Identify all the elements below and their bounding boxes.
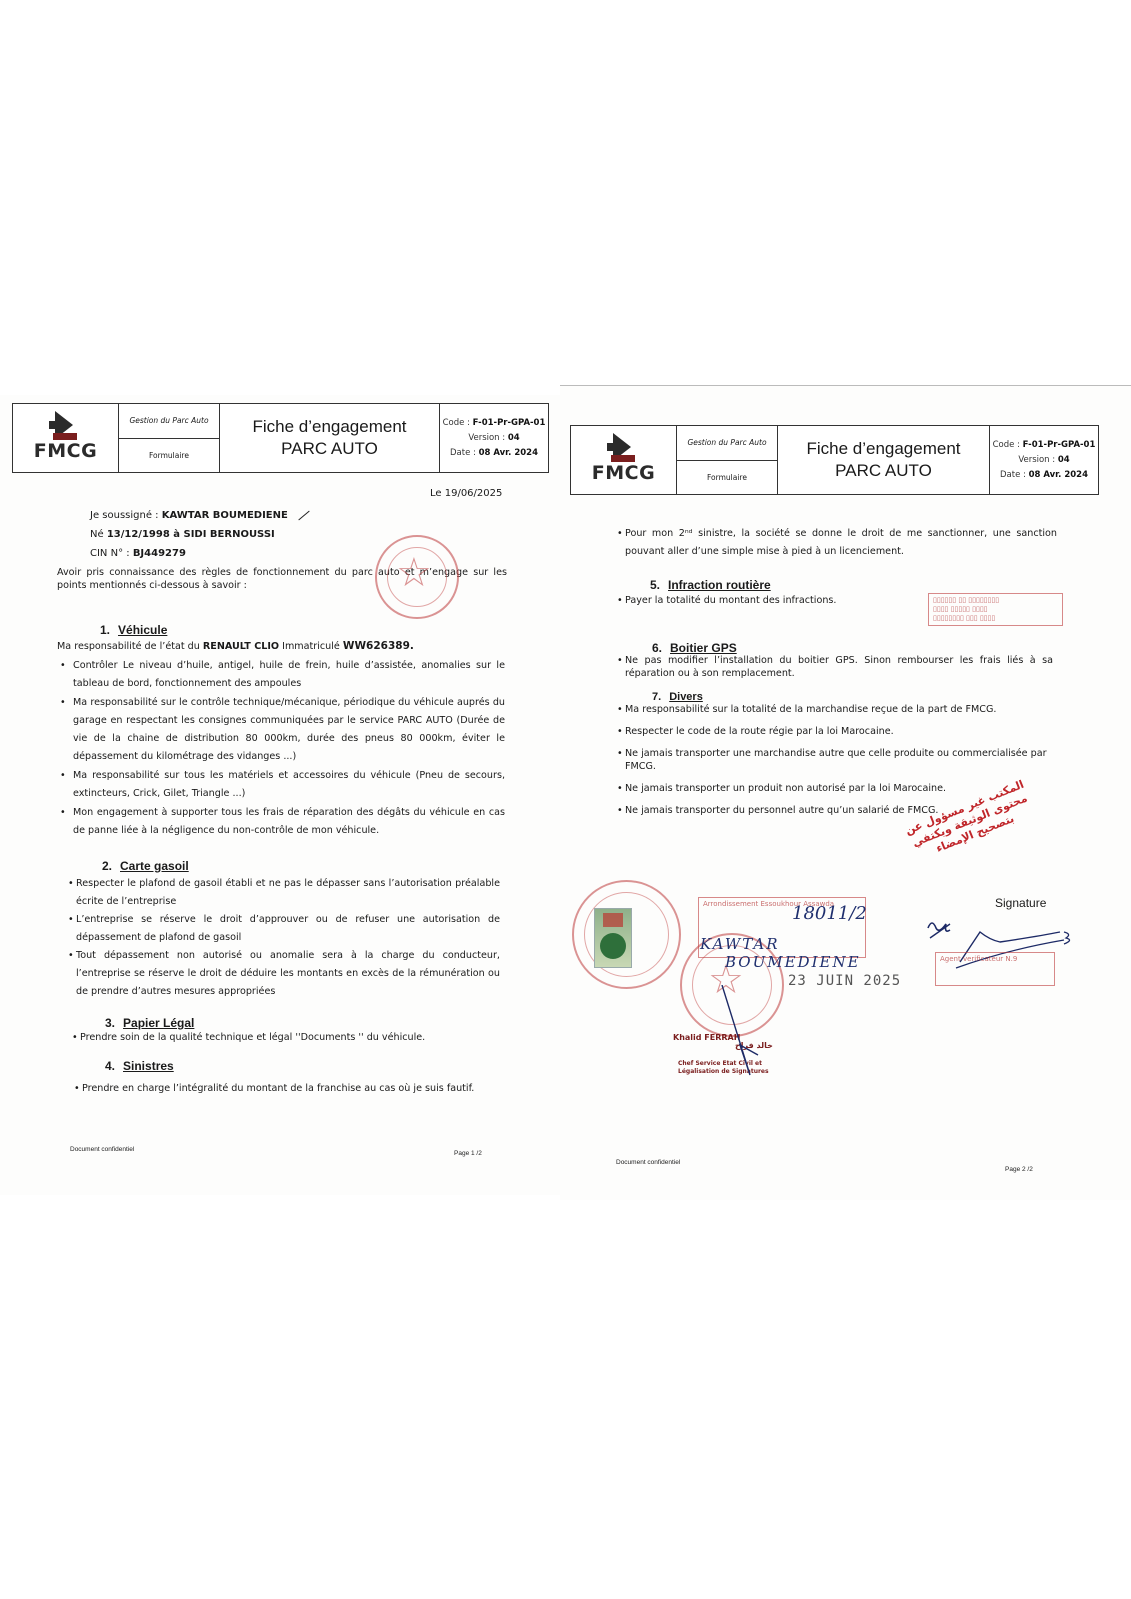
company-logo: FMCG: [571, 426, 677, 494]
vehicle-model: RENAULT CLIO: [203, 641, 279, 652]
logo-text: FMCG: [34, 441, 97, 461]
document-header: FMCG Gestion du Parc Auto Formulaire Fic…: [12, 403, 549, 473]
fiscal-tax-stamp: [594, 908, 632, 968]
legalization-date-stamp: 23 JUIN 2025: [788, 973, 901, 989]
document-title: Fiche d’engagement PARC AUTO: [778, 426, 990, 494]
footer-confidential: Document confidentiel: [616, 1159, 680, 1166]
list-item: Ma responsabilité sur tous les matériels…: [57, 767, 505, 803]
list-item: Contrôler Le niveau d’huile, antigel, hu…: [57, 657, 505, 693]
cin-line: CIN N° : BJ449279: [90, 545, 186, 563]
document-date: Le 19/06/2025: [430, 485, 502, 503]
document-header: FMCG Gestion du Parc Auto Formulaire Fic…: [570, 425, 1099, 495]
handwritten-name-line-1: KAWTAR: [700, 935, 780, 953]
section-1-list: Contrôler Le niveau d’huile, antigel, hu…: [57, 657, 505, 840]
doc-type-label: Formulaire: [677, 461, 777, 495]
version-label: Version :: [468, 433, 508, 443]
code-label: Code :: [443, 418, 473, 428]
code-value: F-01-Pr-GPA-01: [473, 418, 546, 428]
title-line-2: PARC AUTO: [835, 460, 932, 482]
handwritten-name-line-2: BOUMEDIENE: [725, 953, 861, 971]
document-meta: Code : F-01-Pr-GPA-01 Version : 04 Date …: [990, 426, 1098, 494]
birth-label: Né: [90, 529, 107, 540]
list-item: Pour mon 2ⁿᵈ sinistre, la société se don…: [617, 525, 1057, 561]
section-title: Infraction routière: [668, 578, 771, 592]
section-2-list: Respecter le plafond de gasoil établi et…: [68, 875, 500, 1001]
section-2-heading: 2.Carte gasoil: [102, 859, 189, 873]
page-number: Page 2 /2: [1005, 1166, 1033, 1173]
section-number: 3.: [105, 1016, 115, 1030]
list-item: Respecter le code de la route régie par …: [617, 725, 1057, 738]
title-line-2: PARC AUTO: [281, 438, 378, 460]
section-4-list: Prendre en charge l’intégralité du monta…: [74, 1080, 504, 1098]
version-label: Version :: [1018, 455, 1058, 465]
list-item: Ma responsabilité sur le contrôle techni…: [57, 694, 505, 766]
date-value: 08 Avr. 2024: [479, 448, 538, 458]
section-1-heading: 1.Véhicule: [100, 623, 167, 637]
section-title: Véhicule: [118, 623, 167, 637]
continued-list: Pour mon 2ⁿᵈ sinistre, la société se don…: [617, 525, 1057, 561]
section-number: 5.: [650, 578, 660, 592]
title-line-1: Fiche d’engagement: [252, 416, 406, 438]
section-title: Papier Légal: [123, 1016, 194, 1030]
page-edge-divider: [560, 385, 1131, 386]
section-number: 6.: [652, 641, 662, 655]
section-number: 4.: [105, 1059, 115, 1073]
list-item: Prendre en charge l’intégralité du monta…: [74, 1080, 504, 1098]
list-item: Ma responsabilité sur la totalité de la …: [617, 703, 1057, 716]
department-label: Gestion du Parc Auto: [119, 404, 219, 439]
vehicle-plate: WW626389.: [343, 640, 414, 652]
section-5-heading: 5.Infraction routière: [650, 578, 771, 592]
section-number: 1.: [100, 623, 110, 637]
section-title: Boitier GPS: [670, 641, 737, 655]
company-logo: FMCG: [13, 404, 119, 472]
list-item: L’entreprise se réserve le droit d’appro…: [68, 911, 500, 947]
page-1: FMCG Gestion du Parc Auto Formulaire Fic…: [0, 395, 560, 1195]
cin-label: CIN N° :: [90, 548, 133, 559]
list-item: Prendre soin de la qualité technique et …: [72, 1029, 502, 1047]
cin-value: BJ449279: [133, 548, 186, 559]
birth-line: Né 13/12/1998 à SIDI BERNOUSSI: [90, 526, 275, 544]
code-value: F-01-Pr-GPA-01: [1023, 440, 1096, 450]
star-seal-icon: ☆: [396, 553, 432, 593]
lead-prefix: Ma responsabilité de l’état du: [57, 641, 203, 652]
vehicle-responsibility: Ma responsabilité de l’état du RENAULT C…: [57, 637, 414, 656]
section-title: Carte gasoil: [120, 859, 189, 873]
fmcg-logo-icon: [607, 433, 641, 463]
section-number: 2.: [102, 859, 112, 873]
list-item: Respecter le plafond de gasoil établi et…: [68, 875, 500, 911]
agent-verifier-stamp: Agent verificateur N.9: [935, 952, 1055, 986]
footer-confidential: Document confidentiel: [70, 1146, 134, 1153]
handwritten-register-number: 18011/2: [792, 903, 867, 924]
section-title: Sinistres: [123, 1059, 174, 1073]
list-item: Mon engagement à supporter tous les frai…: [57, 804, 505, 840]
list-item: Tout dépassement non autorisé ou anomali…: [68, 947, 500, 1001]
version-value: 04: [508, 433, 520, 443]
signatory-line: Je soussigné : KAWTAR BOUMEDIENE: [90, 507, 311, 525]
code-label: Code :: [993, 440, 1023, 450]
section-number: 7.: [652, 691, 661, 703]
section-6-list: Ne pas modifier l’installation du boitie…: [617, 654, 1053, 680]
section-3-heading: 3.Papier Légal: [105, 1016, 194, 1030]
logo-text: FMCG: [592, 463, 655, 483]
signatory-name: KAWTAR BOUMEDIENE: [162, 510, 288, 521]
date-value: 08 Avr. 2024: [1029, 470, 1088, 480]
page-number: Page 1 /2: [454, 1150, 482, 1157]
date-label: Date :: [1000, 470, 1029, 480]
department-label: Gestion du Parc Auto: [677, 426, 777, 461]
document-title: Fiche d’engagement PARC AUTO: [220, 404, 440, 472]
title-line-1: Fiche d’engagement: [806, 438, 960, 460]
fmcg-logo-icon: [49, 411, 83, 441]
list-item: Ne pas modifier l’installation du boitie…: [617, 654, 1053, 680]
document-meta: Code : F-01-Pr-GPA-01 Version : 04 Date …: [440, 404, 548, 472]
doc-type-label: Formulaire: [119, 439, 219, 473]
section-4-heading: 4.Sinistres: [105, 1059, 174, 1073]
version-value: 04: [1058, 455, 1070, 465]
birth-value: 13/12/1998 à SIDI BERNOUSSI: [107, 529, 275, 540]
lead-middle: Immatriculé: [279, 641, 343, 652]
red-rect-stamp: ▯▯▯▯▯▯ ▯▯ ▯▯▯▯▯▯▯▯▯▯▯▯ ▯▯▯▯▯ ▯▯▯▯▯▯▯▯▯▯▯…: [928, 593, 1063, 626]
signatory-label: Je soussigné :: [90, 510, 162, 521]
section-7-heading: 7.Divers: [652, 691, 703, 703]
page-2: FMCG Gestion du Parc Auto Formulaire Fic…: [560, 385, 1131, 1200]
section-3-list: Prendre soin de la qualité technique et …: [72, 1029, 502, 1047]
section-title: Divers: [669, 691, 703, 703]
section-6-heading: 6.Boitier GPS: [652, 641, 737, 655]
list-item: Ne jamais transporter une marchandise au…: [617, 747, 1057, 773]
date-label: Date :: [450, 448, 479, 458]
signature-stroke-icon: [710, 985, 770, 1085]
